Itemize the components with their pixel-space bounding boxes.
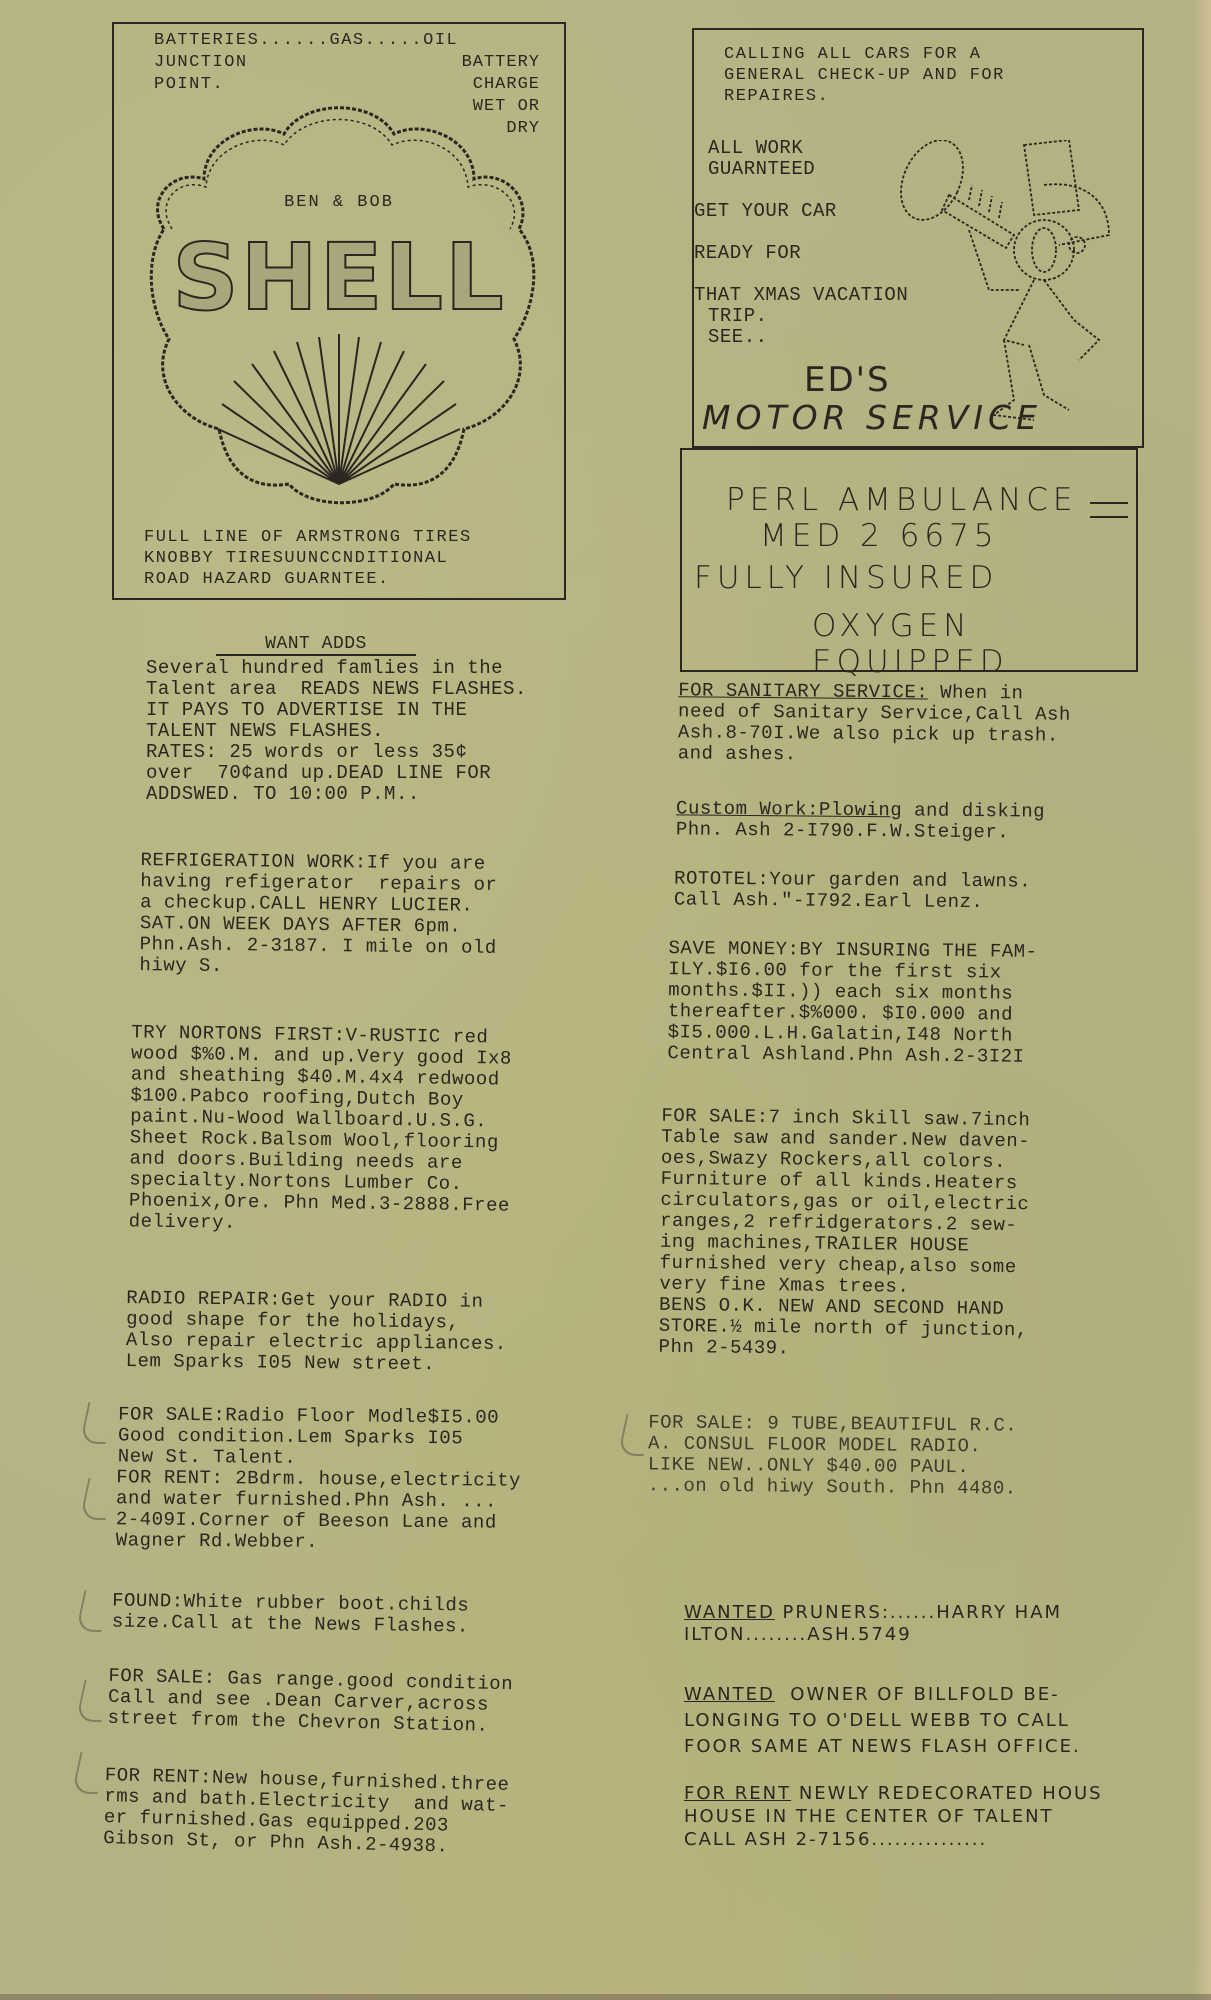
ambulance-phone: MED 2 6675 — [760, 518, 999, 554]
eds-ad-name: ED'S — [804, 360, 891, 400]
eds-ad-line — [694, 180, 908, 201]
ad-body: V-RUSTIC red wood $%0.M. and up.Very goo… — [129, 1024, 512, 1233]
ad-body: 7 inch Skill saw.7inch Table saw and san… — [658, 1106, 1030, 1359]
ad-custom-work: Custom Work:Plowing and disking Phn. Ash… — [676, 798, 1045, 843]
ad-body: BY INSURING THE FAM- ILY.$I6.00 for the … — [667, 938, 1037, 1067]
ad-title: WANTED — [684, 1684, 775, 1705]
ad-save-money-insurance: SAVE MONEY:BY INSURING THE FAM- ILY.$I6.… — [667, 938, 1037, 1068]
ambulance-insured: FULLY INSURED — [694, 560, 998, 596]
ad-title: FOUND: — [112, 1590, 184, 1613]
ad-bens-ok-store: FOR SALE:7 inch Skill saw.7inch Table sa… — [658, 1106, 1030, 1362]
ad-radio-repair: RADIO REPAIR:Get your RADIO in good shap… — [126, 1288, 508, 1376]
pencil-check-mark — [80, 1478, 115, 1520]
shell-ad-owners: BEN & BOB — [114, 192, 564, 213]
ad-refrigeration-work: REFRIGERATION WORK:If you are having ref… — [139, 850, 497, 980]
eds-ad-line: READY FOR — [694, 243, 908, 264]
want-ads-heading-wrap: WANT ADDS — [216, 634, 416, 656]
ad-title: FOR RENT: — [116, 1466, 223, 1489]
paper-bottom-edge — [0, 1994, 1211, 2000]
shell-ad-bottom-text: FULL LINE OF ARMSTRONG TIRES KNOBBY TIRE… — [144, 527, 472, 590]
ambulance-name: PERL AMBULANCE — [726, 482, 1078, 518]
ad-title: ROTOTEL: — [674, 867, 769, 890]
eds-ad-lines: ALL WORK GUARNTEED GET YOUR CAR READY FO… — [694, 138, 908, 348]
eds-ad-line: GUARNTEED — [694, 159, 908, 180]
eds-ad-line — [694, 264, 908, 285]
want-ads-intro: Several hundred famlies in the Talent ar… — [146, 658, 527, 805]
ad-title: WANTED — [684, 1602, 775, 1623]
shell-station-ad: BATTERIES......GAS.....OIL JUNCTION POIN… — [112, 22, 566, 600]
ad-newly-redecorated-house: FOR RENT NEWLY REDECORATED HOUS HOUSE IN… — [684, 1782, 1103, 1851]
eds-ad-line: TRIP. — [694, 306, 908, 327]
ad-radio-for-sale: FOR SALE:Radio Floor Modle$I5.00 Good co… — [118, 1404, 499, 1470]
ad-title: SAVE MONEY: — [668, 937, 799, 960]
pencil-check-mark — [80, 1402, 115, 1444]
mechanic-cartoon-icon — [894, 140, 1124, 430]
eds-motor-service-ad: CALLING ALL CARS FOR A GENERAL CHECK-UP … — [692, 28, 1144, 448]
ad-gas-range-for-sale: FOR SALE: Gas range.good condition Call … — [107, 1666, 513, 1737]
ambulance-dash-decoration — [1090, 502, 1128, 518]
ad-sanitary-service: FOR SANITARY SERVICE: When in need of Sa… — [678, 680, 1071, 767]
ad-wanted-pruners: WANTED PRUNERS:......HARRY HAM ILTON....… — [684, 1602, 1062, 1646]
want-ads-heading: WANT ADDS — [216, 634, 416, 655]
eds-ad-line: SEE.. — [694, 327, 908, 348]
ad-found-boot: FOUND:White rubber boot.childs size.Call… — [112, 1591, 470, 1638]
eds-ad-line — [694, 222, 908, 243]
pencil-check-mark — [76, 1590, 111, 1632]
ambulance-oxygen: OXYGEN EQUIPPED — [812, 608, 1136, 680]
ad-title: FOR SALE: — [118, 1403, 225, 1426]
ad-nortons-lumber: TRY NORTONS FIRST:V-RUSTIC red wood $%0.… — [129, 1022, 513, 1237]
ad-2bdrm-for-rent: FOR RENT: 2Bdrm. house,electricity and w… — [116, 1467, 521, 1555]
eds-ad-line: THAT XMAS VACATION — [694, 285, 908, 306]
paper-edge — [1193, 0, 1211, 2000]
ad-rca-radio-for-sale: FOR SALE: 9 TUBE,BEAUTIFUL R.C. A. CONSU… — [648, 1412, 1018, 1499]
ad-title: FOR SALE: — [648, 1411, 755, 1434]
eds-ad-intro: CALLING ALL CARS FOR A GENERAL CHECK-UP … — [724, 44, 1005, 107]
eds-ad-line: ALL WORK — [694, 138, 908, 159]
eds-ad-line: GET YOUR CAR — [694, 201, 908, 222]
ad-title: FOR SALE: — [661, 1105, 768, 1128]
perl-ambulance-ad: PERL AMBULANCE MED 2 6675 FULLY INSURED … — [680, 448, 1138, 672]
shell-ad-brand: SHELL — [114, 224, 564, 331]
pencil-check-mark — [76, 1680, 111, 1722]
ad-wanted-billfold-owner: WANTED OWNER OF BILLFOLD BE- LONGING TO … — [684, 1682, 1081, 1760]
ad-new-house-for-rent: FOR RENT:New house,furnished.three rms a… — [103, 1765, 510, 1859]
ad-title: RADIO REPAIR: — [126, 1287, 281, 1311]
ad-rototel: ROTOTEL:Your garden and lawns. Call Ash.… — [674, 868, 1031, 913]
pencil-check-mark — [72, 1752, 107, 1794]
ad-title: FOR RENT — [684, 1783, 791, 1804]
